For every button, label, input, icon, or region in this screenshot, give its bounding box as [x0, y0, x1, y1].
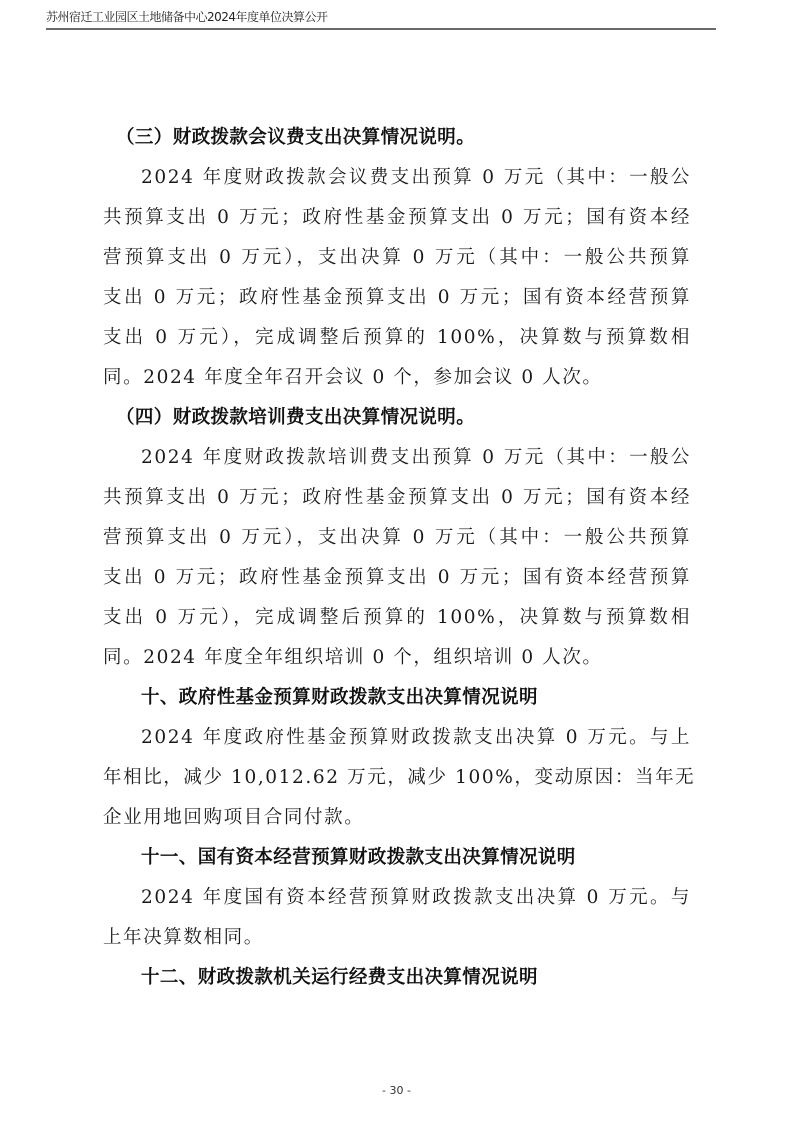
section-operating-expenses: 十二、财政拨款机关运行经费支出决算情况说明: [103, 958, 691, 998]
paragraph-line: 年相比，减少 10,012.62 万元，减少 100%，变动原因：当年无: [103, 758, 691, 798]
paragraph-line: 共预算支出 0 万元；政府性基金预算支出 0 万元；国有资本经: [103, 478, 691, 518]
paragraph-line: 2024 年度国有资本经营预算财政拨款支出决算 0 万元。与: [103, 878, 691, 918]
section-paragraph: 2024 年度政府性基金预算财政拨款支出决算 0 万元。与上 年相比，减少 10…: [103, 718, 691, 838]
section-meeting-expenses: （三）财政拨款会议费支出决算情况说明。 2024 年度财政拨款会议费支出预算 0…: [103, 118, 691, 398]
document-body: （三）财政拨款会议费支出决算情况说明。 2024 年度财政拨款会议费支出预算 0…: [103, 118, 691, 998]
paragraph-line: 同。2024 年度全年召开会议 0 个，参加会议 0 人次。: [103, 358, 691, 398]
section-heading: 十一、国有资本经营预算财政拨款支出决算情况说明: [103, 838, 691, 878]
section-heading: 十、政府性基金预算财政拨款支出决算情况说明: [103, 678, 691, 718]
section-government-fund-budget: 十、政府性基金预算财政拨款支出决算情况说明 2024 年度政府性基金预算财政拨款…: [103, 678, 691, 838]
section-paragraph: 2024 年度财政拨款会议费支出预算 0 万元（其中：一般公 共预算支出 0 万…: [103, 158, 691, 398]
paragraph-line: 共预算支出 0 万元；政府性基金预算支出 0 万元；国有资本经: [103, 198, 691, 238]
section-heading: （三）财政拨款会议费支出决算情况说明。: [103, 118, 691, 158]
paragraph-line: 2024 年度财政拨款培训费支出预算 0 万元（其中：一般公: [103, 438, 691, 478]
section-paragraph: 2024 年度财政拨款培训费支出预算 0 万元（其中：一般公 共预算支出 0 万…: [103, 438, 691, 678]
document-title: 苏州宿迁工业园区土地储备中心2024年度单位决算公开: [46, 8, 328, 25]
paragraph-line: 支出 0 万元；政府性基金预算支出 0 万元；国有资本经营预算: [103, 278, 691, 318]
section-heading: 十二、财政拨款机关运行经费支出决算情况说明: [103, 958, 691, 998]
paragraph-line: 2024 年度财政拨款会议费支出预算 0 万元（其中：一般公: [103, 158, 691, 198]
paragraph-line: 同。2024 年度全年组织培训 0 个，组织培训 0 人次。: [103, 638, 691, 678]
page-header: 苏州宿迁工业园区土地储备中心2024年度单位决算公开: [46, 6, 716, 30]
paragraph-line: 上年决算数相同。: [103, 918, 691, 958]
paragraph-line: 支出 0 万元），完成调整后预算的 100%，决算数与预算数相: [103, 318, 691, 358]
paragraph-line: 2024 年度政府性基金预算财政拨款支出决算 0 万元。与上: [103, 718, 691, 758]
paragraph-line: 支出 0 万元；政府性基金预算支出 0 万元；国有资本经营预算: [103, 558, 691, 598]
paragraph-line: 营预算支出 0 万元），支出决算 0 万元（其中：一般公共预算: [103, 238, 691, 278]
paragraph-line: 支出 0 万元），完成调整后预算的 100%，决算数与预算数相: [103, 598, 691, 638]
paragraph-line: 企业用地回购项目合同付款。: [103, 798, 691, 838]
section-state-capital-budget: 十一、国有资本经营预算财政拨款支出决算情况说明 2024 年度国有资本经营预算财…: [103, 838, 691, 958]
page-number: - 30 -: [0, 1084, 793, 1097]
section-heading: （四）财政拨款培训费支出决算情况说明。: [103, 398, 691, 438]
section-training-expenses: （四）财政拨款培训费支出决算情况说明。 2024 年度财政拨款培训费支出预算 0…: [103, 398, 691, 678]
paragraph-line: 营预算支出 0 万元），支出决算 0 万元（其中：一般公共预算: [103, 518, 691, 558]
section-paragraph: 2024 年度国有资本经营预算财政拨款支出决算 0 万元。与 上年决算数相同。: [103, 878, 691, 958]
